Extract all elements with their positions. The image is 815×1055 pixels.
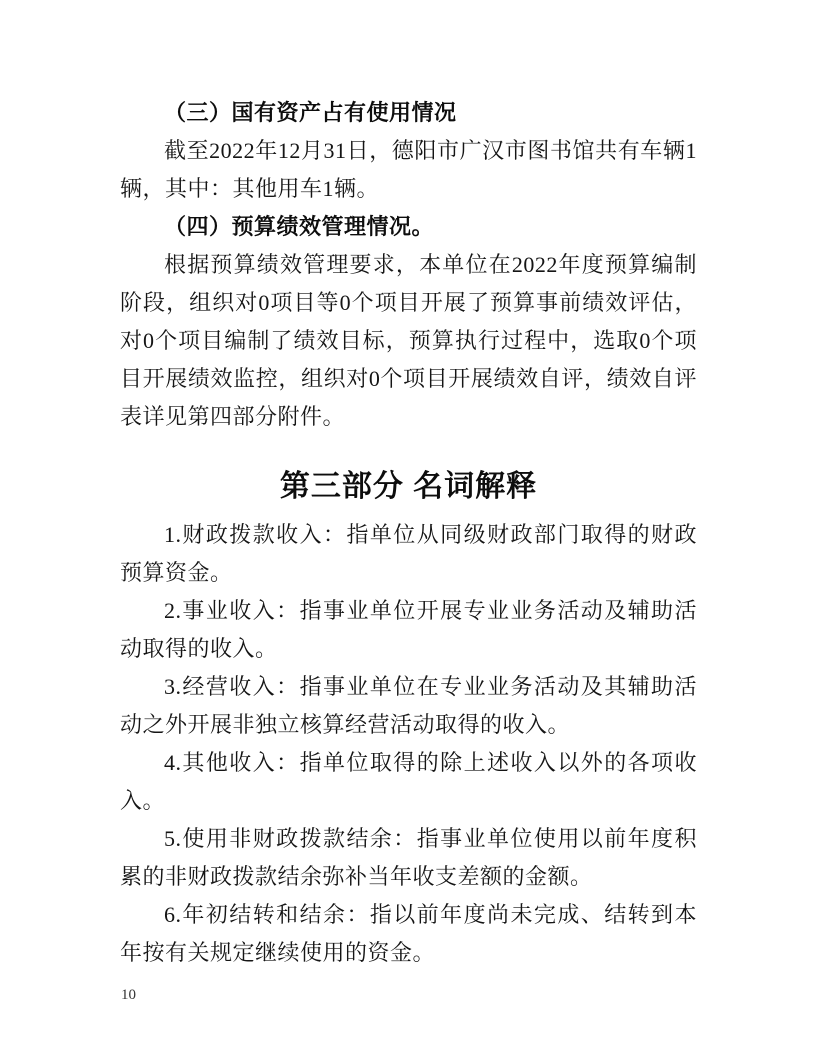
term-item-non-fiscal-surplus: 5.使用非财政拨款结余：指事业单位使用以前年度积累的非财政拨款结余弥补当年收支差… [120,820,697,896]
heading-state-assets: （三）国有资产占有使用情况 [120,94,697,132]
term-item-operating-income: 2.事业收入：指事业单位开展专业业务活动及辅助活动取得的收入。 [120,592,697,668]
term-item-other-income: 4.其他收入：指单位取得的除上述收入以外的各项收入。 [120,744,697,820]
term-item-business-income: 3.经营收入：指事业单位在专业业务活动及其辅助活动之外开展非独立核算经营活动取得… [120,668,697,744]
page-content: （三）国有资产占有使用情况 截至2022年12月31日，德阳市广汉市图书馆共有车… [120,94,697,972]
paragraph-state-assets: 截至2022年12月31日，德阳市广汉市图书馆共有车辆1辆，其中：其他用车1辆。 [120,132,697,208]
document-page: （三）国有资产占有使用情况 截至2022年12月31日，德阳市广汉市图书馆共有车… [0,0,815,1055]
page-number: 10 [121,986,136,1004]
part-three-title: 第三部分 名词解释 [120,463,697,511]
term-item-carryover-balance: 6.年初结转和结余：指以前年度尚未完成、结转到本年按有关规定继续使用的资金。 [120,896,697,972]
term-item-fiscal-appropriation-income: 1.财政拨款收入：指单位从同级财政部门取得的财政预算资金。 [120,516,697,592]
heading-budget-performance: （四）预算绩效管理情况。 [120,208,697,246]
paragraph-budget-performance: 根据预算绩效管理要求，本单位在2022年度预算编制阶段，组织对0项目等0个项目开… [120,246,697,436]
